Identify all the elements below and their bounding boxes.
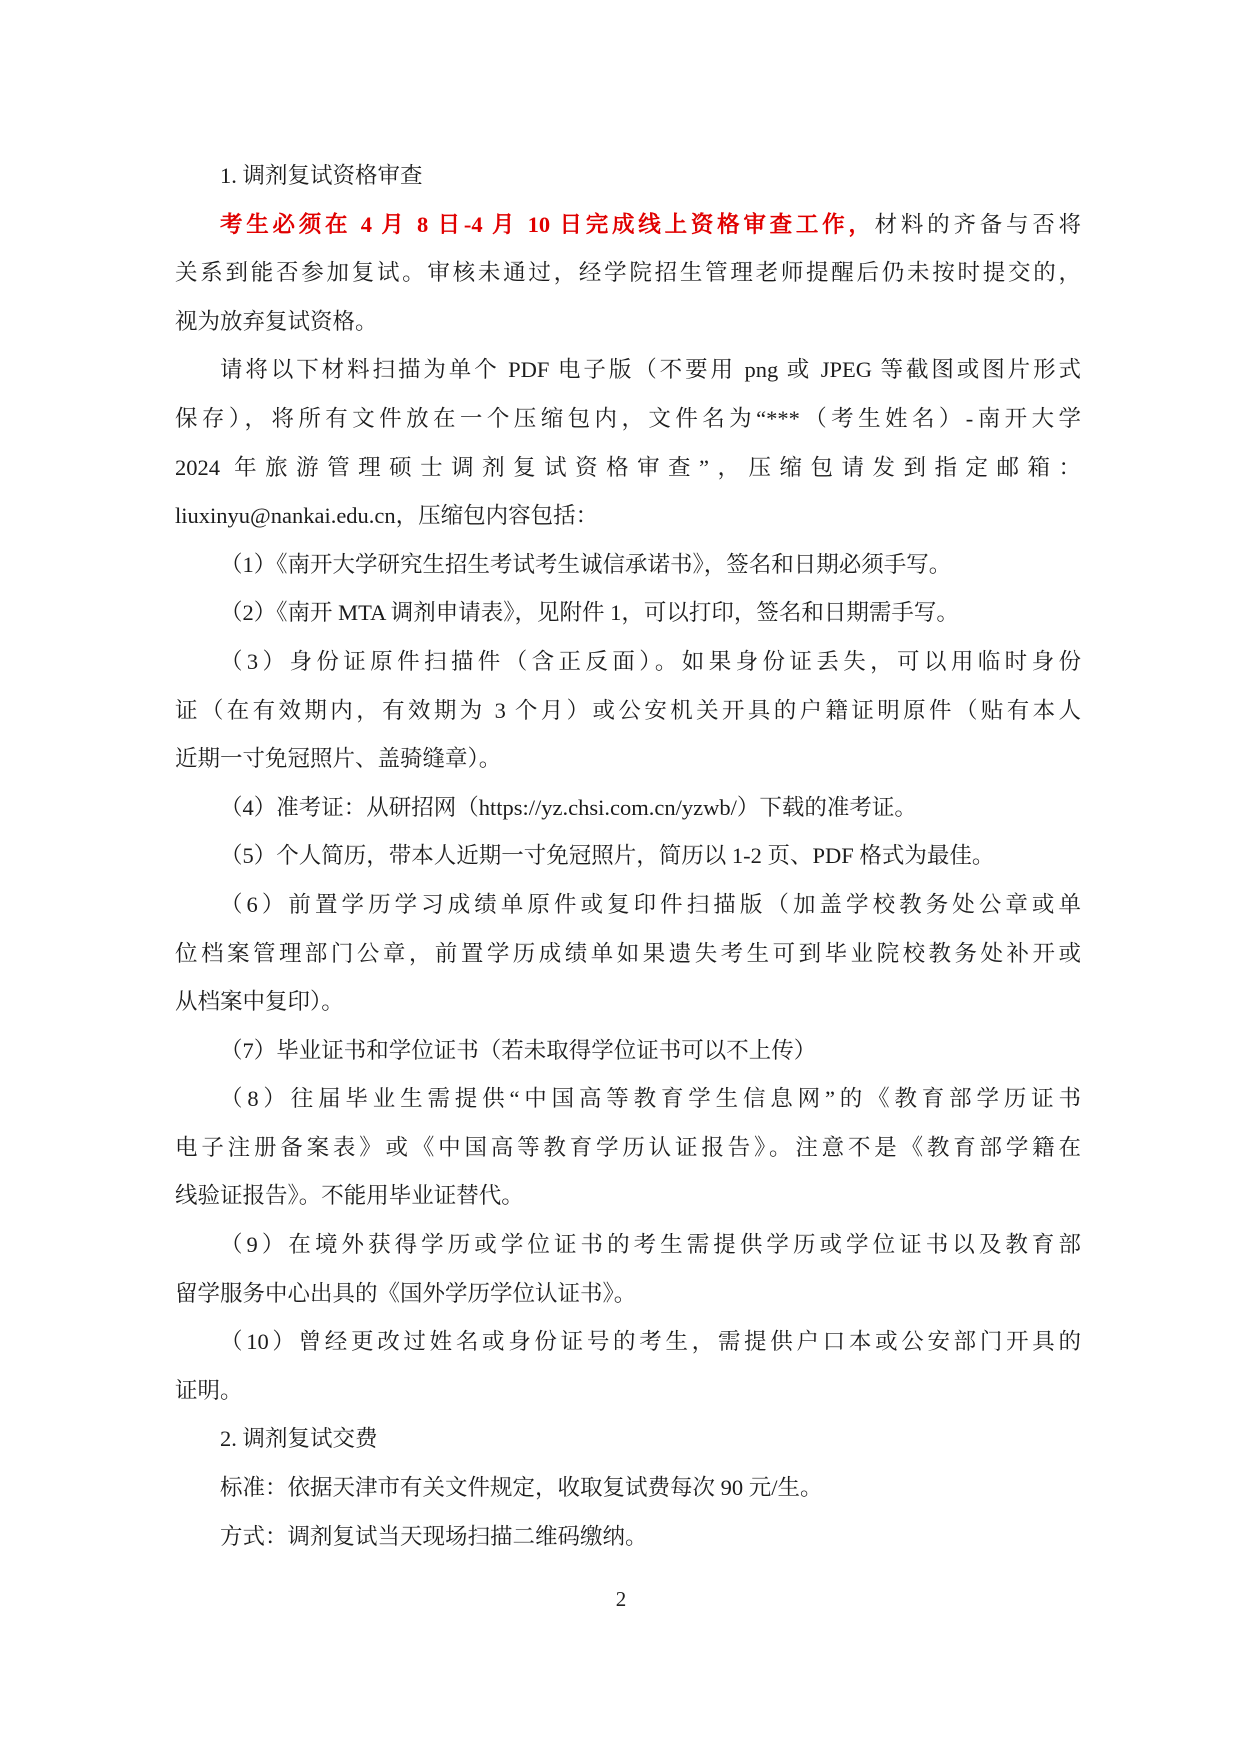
paragraph-line: liuxinyu@nankai.edu.cn，压缩包内容包括： xyxy=(175,492,1081,541)
paragraph-line: （3）身份证原件扫描件（含正反面）。如果身份证丢失，可以用临时身份 xyxy=(175,638,1081,687)
text-segment: 方式：调剂复试当天现场扫描二维码缴纳。 xyxy=(220,1524,648,1549)
paragraph-line: 留学服务中心出具的《国外学历学位认证书》。 xyxy=(175,1270,1081,1319)
paragraph-line: 位档案管理部门公章，前置学历成绩单如果遗失考生可到毕业院校教务处补开或 xyxy=(175,930,1081,979)
text-segment: 材料的齐备与否将 xyxy=(875,212,1081,237)
text-segment: （10）曾经更改过姓名或身份证号的考生，需提供户口本或公安部门开具的 xyxy=(220,1329,1081,1354)
paragraph-line: 2024 年旅游管理硕士调剂复试资格审查”，压缩包请发到指定邮箱： xyxy=(175,444,1081,493)
text-segment: 2. 调剂复试交费 xyxy=(220,1426,378,1451)
document-body: 1. 调剂复试资格审查考生必须在 4 月 8 日-4 月 10 日完成线上资格审… xyxy=(175,152,1081,1561)
paragraph-line: （7）毕业证书和学位证书（若未取得学位证书可以不上传） xyxy=(175,1027,1081,1076)
paragraph-line: 方式：调剂复试当天现场扫描二维码缴纳。 xyxy=(175,1513,1081,1562)
paragraph-line: （8）往届毕业生需提供“中国高等教育学生信息网”的《教育部学历证书 xyxy=(175,1075,1081,1124)
paragraph-line: （9）在境外获得学历或学位证书的考生需提供学历或学位证书以及教育部 xyxy=(175,1221,1081,1270)
deadline-highlight-text: 考生必须在 4 月 8 日-4 月 10 日完成线上资格审查工作， xyxy=(220,212,875,237)
text-segment: 2024 年旅游管理硕士调剂复试资格审查”，压缩包请发到指定邮箱： xyxy=(175,455,1081,480)
text-segment: 从档案中复印）。 xyxy=(175,989,344,1014)
text-segment: （4）准考证：从研招网（https://yz.chsi.com.cn/yzwb/… xyxy=(220,795,917,820)
paragraph-line: 线验证报告》。不能用毕业证替代。 xyxy=(175,1172,1081,1221)
paragraph-line: 从档案中复印）。 xyxy=(175,978,1081,1027)
text-segment: 证（在有效期内，有效期为 3 个月）或公安机关开具的户籍证明原件（贴有本人 xyxy=(175,698,1081,723)
paragraph-line: 标准：依据天津市有关文件规定，收取复试费每次 90 元/生。 xyxy=(175,1464,1081,1513)
paragraph-line: 保存），将所有文件放在一个压缩包内，文件名为“***（考生姓名）-南开大学 xyxy=(175,395,1081,444)
paragraph-line: （6）前置学历学习成绩单原件或复印件扫描版（加盖学校教务处公章或单 xyxy=(175,881,1081,930)
paragraph-line: 1. 调剂复试资格审查 xyxy=(175,152,1081,201)
paragraph-line: 关系到能否参加复试。审核未通过，经学院招生管理老师提醒后仍未按时提交的， xyxy=(175,249,1081,298)
text-segment: （1）《南开大学研究生招生考试考生诚信承诺书》，签名和日期必须手写。 xyxy=(220,552,951,577)
paragraph-line: （1）《南开大学研究生招生考试考生诚信承诺书》，签名和日期必须手写。 xyxy=(175,541,1081,590)
text-segment: 线验证报告》。不能用毕业证替代。 xyxy=(175,1183,524,1208)
text-segment: 视为放弃复试资格。 xyxy=(175,309,378,334)
text-segment: 关系到能否参加复试。审核未通过，经学院招生管理老师提醒后仍未按时提交的， xyxy=(175,260,1081,285)
page-number: 2 xyxy=(0,1586,1242,1612)
text-segment: （7）毕业证书和学位证书（若未取得学位证书可以不上传） xyxy=(220,1038,816,1063)
paragraph-line: 电子注册备案表》或《中国高等教育学历认证报告》。注意不是《教育部学籍在 xyxy=(175,1124,1081,1173)
paragraph-line: 证（在有效期内，有效期为 3 个月）或公安机关开具的户籍证明原件（贴有本人 xyxy=(175,687,1081,736)
paragraph-line: （2）《南开 MTA 调剂申请表》，见附件 1，可以打印，签名和日期需手写。 xyxy=(175,589,1081,638)
paragraph-line: 视为放弃复试资格。 xyxy=(175,298,1081,347)
paragraph-line: 证明。 xyxy=(175,1367,1081,1416)
text-segment: （2）《南开 MTA 调剂申请表》，见附件 1，可以打印，签名和日期需手写。 xyxy=(220,600,959,625)
text-segment: （9）在境外获得学历或学位证书的考生需提供学历或学位证书以及教育部 xyxy=(220,1232,1081,1257)
text-segment: 留学服务中心出具的《国外学历学位认证书》。 xyxy=(175,1281,636,1306)
text-segment: 位档案管理部门公章，前置学历成绩单如果遗失考生可到毕业院校教务处补开或 xyxy=(175,941,1081,966)
paragraph-line: （4）准考证：从研招网（https://yz.chsi.com.cn/yzwb/… xyxy=(175,784,1081,833)
paragraph-line: 2. 调剂复试交费 xyxy=(175,1415,1081,1464)
text-segment: 标准：依据天津市有关文件规定，收取复试费每次 90 元/生。 xyxy=(220,1475,823,1500)
text-segment: 电子注册备案表》或《中国高等教育学历认证报告》。注意不是《教育部学籍在 xyxy=(175,1135,1081,1160)
text-segment: 1. 调剂复试资格审查 xyxy=(220,163,423,188)
text-segment: 近期一寸免冠照片、盖骑缝章）。 xyxy=(175,746,501,771)
text-segment: liuxinyu@nankai.edu.cn，压缩包内容包括： xyxy=(175,503,598,528)
paragraph-line: 请将以下材料扫描为单个 PDF 电子版（不要用 png 或 JPEG 等截图或图… xyxy=(175,346,1081,395)
text-segment: 证明。 xyxy=(175,1378,243,1403)
paragraph-line: 考生必须在 4 月 8 日-4 月 10 日完成线上资格审查工作，材料的齐备与否… xyxy=(175,201,1081,250)
text-segment: （5）个人简历，带本人近期一寸免冠照片，简历以 1-2 页、PDF 格式为最佳。 xyxy=(220,843,994,868)
paragraph-line: （5）个人简历，带本人近期一寸免冠照片，简历以 1-2 页、PDF 格式为最佳。 xyxy=(175,832,1081,881)
text-segment: 请将以下材料扫描为单个 PDF 电子版（不要用 png 或 JPEG 等截图或图… xyxy=(220,357,1081,382)
text-segment: 保存），将所有文件放在一个压缩包内，文件名为“***（考生姓名）-南开大学 xyxy=(175,406,1081,431)
text-segment: （3）身份证原件扫描件（含正反面）。如果身份证丢失，可以用临时身份 xyxy=(220,649,1081,674)
document-page: 1. 调剂复试资格审查考生必须在 4 月 8 日-4 月 10 日完成线上资格审… xyxy=(0,0,1242,1754)
paragraph-line: （10）曾经更改过姓名或身份证号的考生，需提供户口本或公安部门开具的 xyxy=(175,1318,1081,1367)
paragraph-line: 近期一寸免冠照片、盖骑缝章）。 xyxy=(175,735,1081,784)
text-segment: （8）往届毕业生需提供“中国高等教育学生信息网”的《教育部学历证书 xyxy=(220,1086,1081,1111)
text-segment: （6）前置学历学习成绩单原件或复印件扫描版（加盖学校教务处公章或单 xyxy=(220,892,1081,917)
